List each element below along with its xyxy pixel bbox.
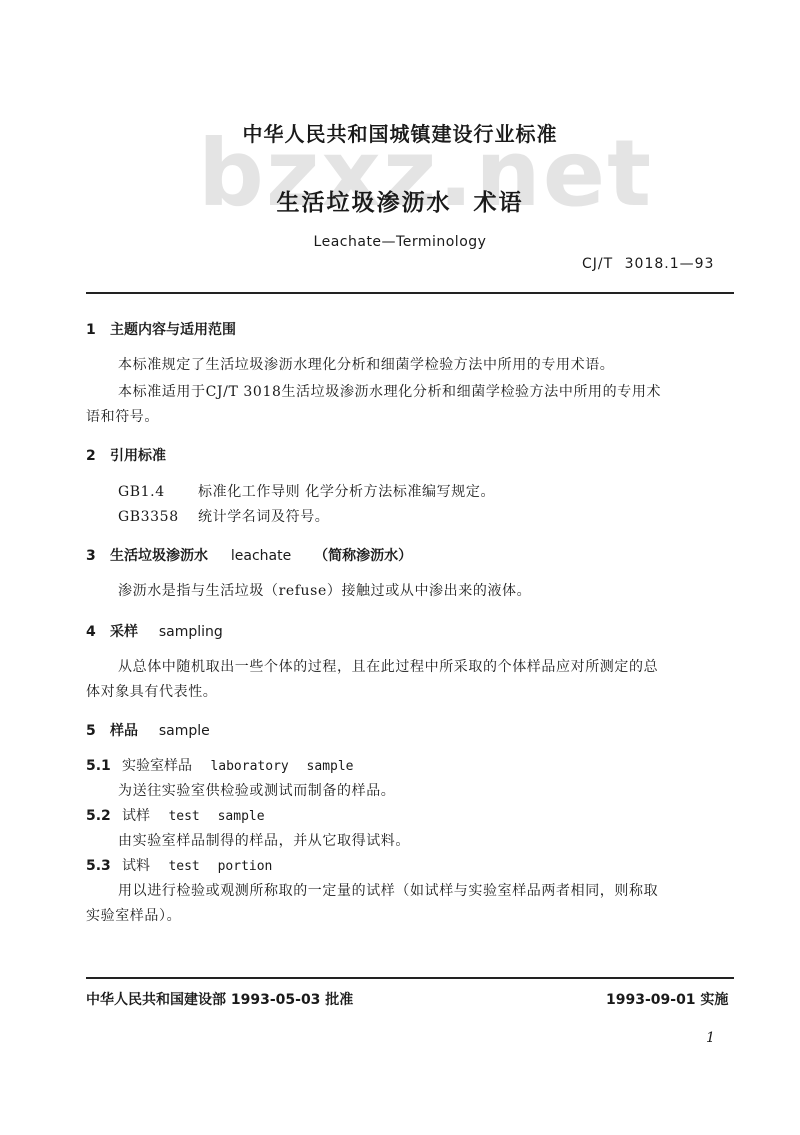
page-number: 1 (706, 1030, 715, 1046)
section-4-heading: 4采样 sampling (86, 621, 223, 641)
subsection-5-3-para: 用以进行检验或观测所称取的一定量的试样（如试样与实验室样品两者相同，则称取 (118, 880, 658, 900)
section-4-para-1-cont: 体对象具有代表性。 (86, 681, 217, 701)
section-4-para-1: 从总体中随机取出一些个体的过程，且在此过程中所采取的个体样品应对所测定的总 (118, 656, 658, 676)
reference-gb1-4: GB1.4标准化工作导则 化学分析方法标准编写规定。 (118, 481, 495, 501)
document-title: 生活垃圾渗沥水术语 (0, 184, 800, 217)
title-english: Leachate—Terminology (0, 234, 800, 250)
subsection-5-3-heading: 5.3试料 test portion (86, 855, 272, 875)
title-cn-sub: 术语 (474, 190, 524, 216)
section-1-para-2: 本标准适用于CJ/T 3018生活垃圾渗沥水理化分析和细菌学检验方法中所用的专用… (118, 381, 661, 401)
document-page: 中华人民共和国城镇建设行业标准 生活垃圾渗沥水术语 Leachate—Termi… (0, 0, 800, 1135)
section-1-para-1: 本标准规定了生活垃圾渗沥水理化分析和细菌学检验方法中所用的专用术语。 (118, 354, 614, 374)
header-divider (86, 292, 734, 294)
subsection-5-2-heading: 5.2试样 test sample (86, 805, 265, 825)
section-3-heading: 3生活垃圾渗沥水 leachate （简称渗沥水） (86, 545, 412, 565)
section-5-heading: 5样品 sample (86, 720, 210, 740)
approval-line: 中华人民共和国建设部 1993-05-03 批准 (86, 989, 353, 1009)
subsection-5-2-para: 由实验室样品制得的样品，并从它取得试料。 (118, 830, 410, 850)
subsection-5-1-para: 为送往实验室供检验或测试而制备的样品。 (118, 780, 395, 800)
footer-divider (86, 977, 734, 979)
section-1-para-2-cont: 语和符号。 (86, 406, 159, 426)
section-3-para-1: 渗沥水是指与生活垃圾（refuse）接触过或从中渗出来的液体。 (118, 580, 531, 600)
standard-code: CJ/T 3018.1—93 (582, 256, 714, 272)
issuing-organization: 中华人民共和国城镇建设行业标准 (55, 118, 745, 147)
reference-gb3358: GB3358统计学名词及符号。 (118, 506, 329, 526)
section-2-heading: 2引用标准 (86, 445, 166, 465)
section-1-heading: 1主题内容与适用范围 (86, 319, 236, 339)
title-cn-main: 生活垃圾渗沥水 (277, 190, 452, 216)
effective-date: 1993-09-01 实施 (606, 989, 728, 1009)
subsection-5-1-heading: 5.1实验室样品 laboratory sample (86, 755, 354, 775)
subsection-5-3-para-cont: 实验室样品）。 (86, 905, 181, 925)
